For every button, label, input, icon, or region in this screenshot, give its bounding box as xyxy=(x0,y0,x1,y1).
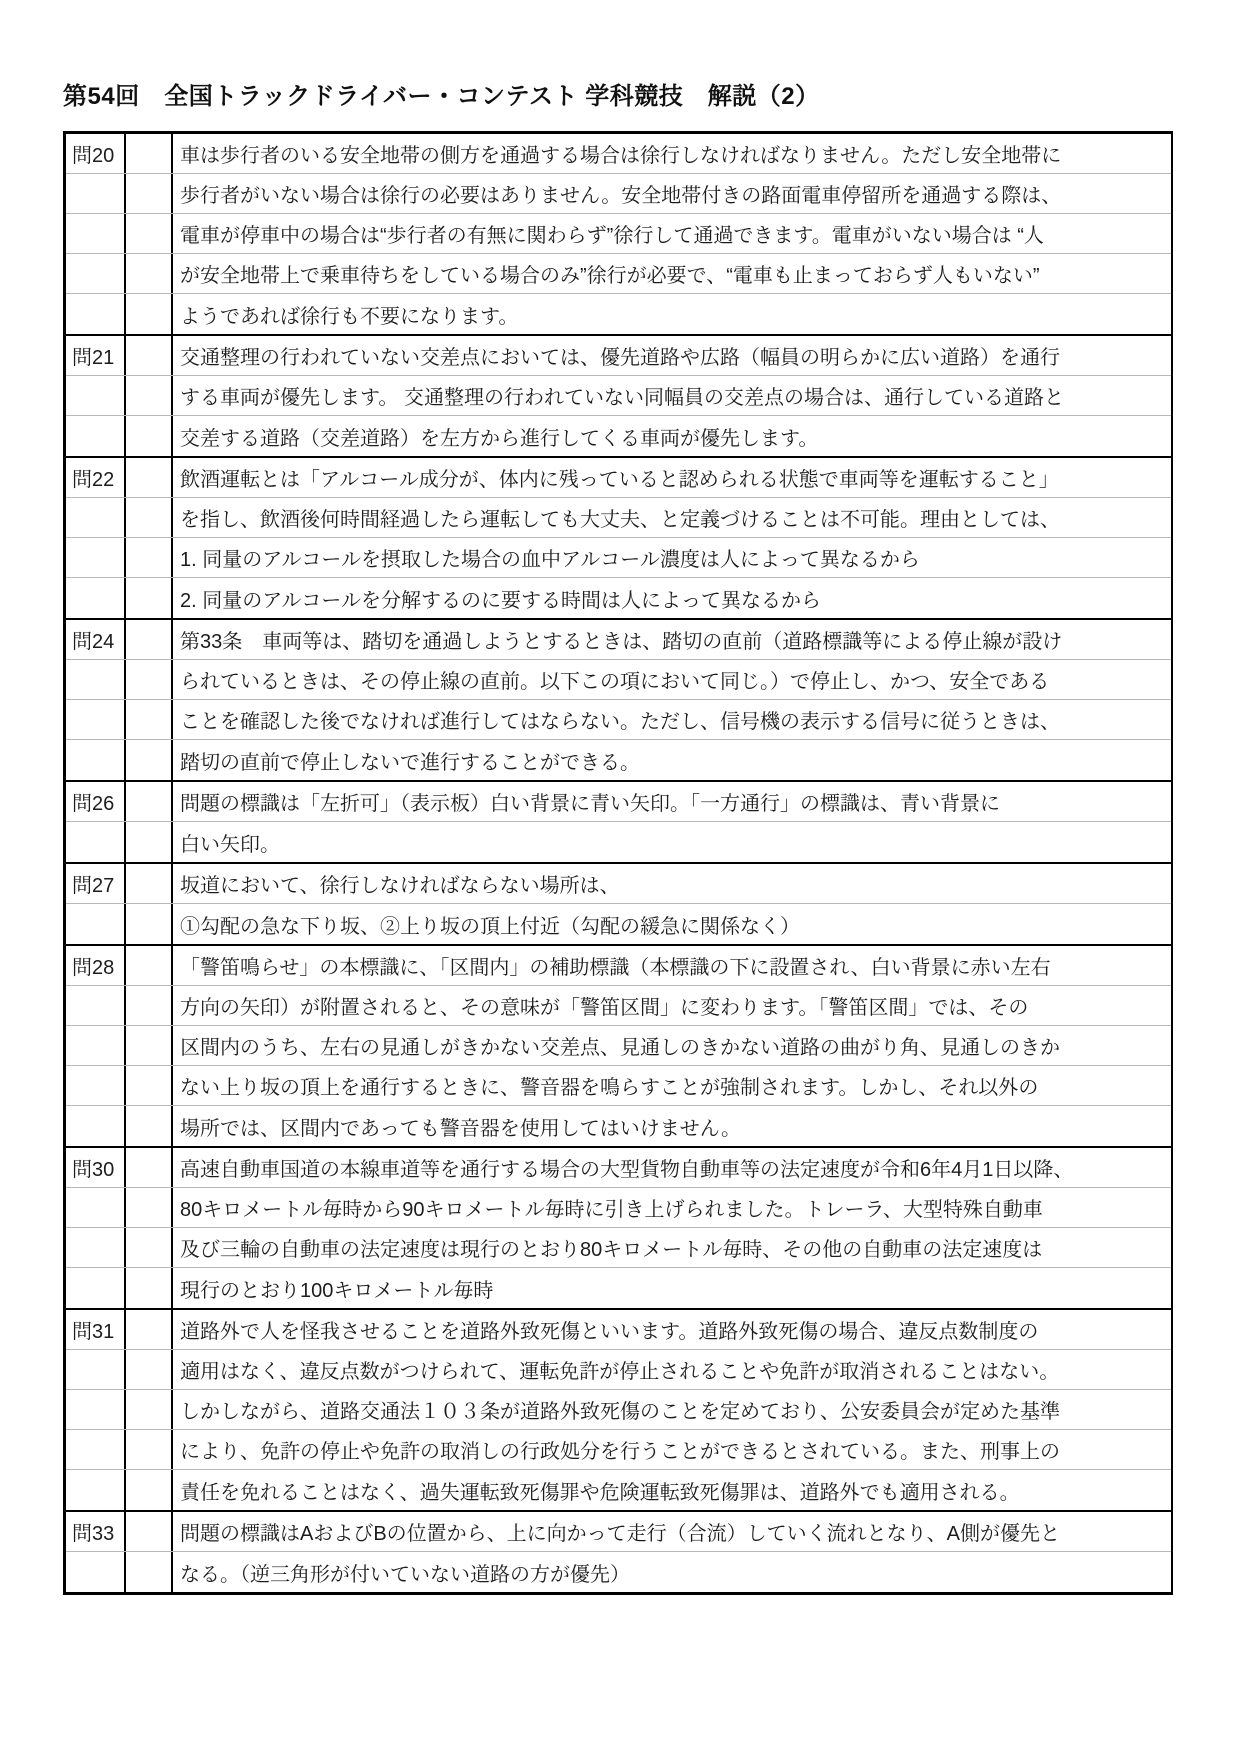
answer-cell xyxy=(126,620,173,659)
answer-cell xyxy=(126,1228,173,1267)
question-cell xyxy=(66,538,126,577)
question-cell xyxy=(66,1066,126,1105)
answer-cell xyxy=(126,458,173,497)
question-cell: 問27 xyxy=(66,864,126,903)
table-row: 1. 同量のアルコールを摂取した場合の血中アルコール濃度は人によって異なるから xyxy=(66,538,1171,578)
explanation-line: ①勾配の急な下り坂、②上り坂の頂上付近（勾配の緩急に関係なく） xyxy=(173,904,1171,944)
table-row: 問21 交通整理の行われていない交差点においては、優先道路や広路（幅員の明らかに… xyxy=(66,336,1171,376)
answer-cell xyxy=(126,822,173,862)
table-row: ない上り坂の頂上を通行するときに、警音器を鳴らすことが強制されます。しかし、それ… xyxy=(66,1066,1171,1106)
question-cell: 問24 xyxy=(66,620,126,659)
explanation-line: 坂道において、徐行しなければならない場所は、 xyxy=(173,864,1171,903)
table-row: ことを確認した後でなければ進行してはならない。ただし、信号機の表示する信号に従う… xyxy=(66,700,1171,740)
question-cell xyxy=(66,1350,126,1389)
question-cell xyxy=(66,1552,126,1592)
table-row: 問28 「警笛鳴らせ」の本標識に、「区間内」の補助標識（本標識の下に設置され、白… xyxy=(66,946,1171,986)
question-cell: 問22 xyxy=(66,458,126,497)
question-label: 問22 xyxy=(72,463,114,492)
answer-cell xyxy=(126,498,173,537)
question-cell xyxy=(66,498,126,537)
document-page: 第54回 全国トラックドライバー・コンテスト 学科競技 解説（2） 問20 車は… xyxy=(0,0,1241,1755)
explanation-line: する車両が優先します。 交通整理の行われていない同幅員の交差点の場合は、通行して… xyxy=(173,376,1171,415)
answer-cell xyxy=(126,864,173,903)
question-cell: 問31 xyxy=(66,1310,126,1349)
explanation-line: 80キロメートル毎時から90キロメートル毎時に引き上げられました。トレーラ、大型… xyxy=(173,1188,1171,1227)
answer-cell xyxy=(126,986,173,1025)
question-cell xyxy=(66,1188,126,1227)
question-label: 問30 xyxy=(72,1153,114,1182)
question-block-24: 問24 第33条 車両等は、踏切を通過しようとするときは、踏切の直前（道路標識等… xyxy=(66,620,1171,782)
explanation-line: 責任を免れることはなく、過失運転致死傷罪や危険運転致死傷罪は、道路外でも適用され… xyxy=(173,1470,1171,1510)
question-cell xyxy=(66,986,126,1025)
explanation-line: 場所では、区間内であっても警音器を使用してはいけません。 xyxy=(173,1106,1171,1146)
answer-cell xyxy=(126,336,173,375)
question-block-28: 問28 「警笛鳴らせ」の本標識に、「区間内」の補助標識（本標識の下に設置され、白… xyxy=(66,946,1171,1148)
explanation-line: 交通整理の行われていない交差点においては、優先道路や広路（幅員の明らかに広い道路… xyxy=(173,336,1171,375)
table-row: 2. 同量のアルコールを分解するのに要する時間は人によって異なるから xyxy=(66,578,1171,618)
table-row: 場所では、区間内であっても警音器を使用してはいけません。 xyxy=(66,1106,1171,1146)
question-label: 問31 xyxy=(72,1315,114,1344)
table-row: 問26 問題の標識は「左折可」（表示板）白い背景に青い矢印。「一方通行」の標識は… xyxy=(66,782,1171,822)
question-cell xyxy=(66,1470,126,1510)
question-cell xyxy=(66,904,126,944)
answer-cell xyxy=(126,214,173,253)
answer-cell xyxy=(126,1512,173,1551)
table-row: 問27 坂道において、徐行しなければならない場所は、 xyxy=(66,864,1171,904)
answer-cell xyxy=(126,700,173,739)
table-row: 歩行者がいない場合は徐行の必要はありません。安全地帯付きの路面電車停留所を通過す… xyxy=(66,174,1171,214)
question-label: 問20 xyxy=(72,139,114,168)
explanation-line: 高速自動車国道の本線車道等を通行する場合の大型貨物自動車等の法定速度が令和6年4… xyxy=(173,1148,1171,1187)
answer-cell xyxy=(126,1552,173,1592)
table-row: する車両が優先します。 交通整理の行われていない同幅員の交差点の場合は、通行して… xyxy=(66,376,1171,416)
question-block-33: 問33 問題の標識はAおよびBの位置から、上に向かって走行（合流）していく流れと… xyxy=(66,1512,1171,1592)
question-label: 問27 xyxy=(72,869,114,898)
explanation-line: が安全地帯上で乗車待ちをしている場合のみ”徐行が必要で、“電車も止まっておらず人… xyxy=(173,254,1171,293)
question-cell xyxy=(66,1106,126,1146)
explanation-line: ようであれば徐行も不要になります。 xyxy=(173,294,1171,334)
answer-cell xyxy=(126,782,173,821)
answer-cell xyxy=(126,1106,173,1146)
table-row: 問22 飲酒運転とは「アルコール成分が、体内に残っていると認められる状態で車両等… xyxy=(66,458,1171,498)
explanation-line: 道路外で人を怪我させることを道路外致死傷といいます。道路外致死傷の場合、違反点数… xyxy=(173,1310,1171,1349)
answer-cell xyxy=(126,1310,173,1349)
explanation-table: 問20 車は歩行者のいる安全地帯の側方を通過する場合は徐行しなければなりません。… xyxy=(63,131,1173,1595)
table-row: 適用はなく、違反点数がつけられて、運転免許が停止されることや免許が取消されること… xyxy=(66,1350,1171,1390)
answer-cell xyxy=(126,1066,173,1105)
table-row: ようであれば徐行も不要になります。 xyxy=(66,294,1171,334)
answer-cell xyxy=(126,376,173,415)
question-cell: 問33 xyxy=(66,1512,126,1551)
explanation-line: 踏切の直前で停止しないで進行することができる。 xyxy=(173,740,1171,780)
table-row: 問24 第33条 車両等は、踏切を通過しようとするときは、踏切の直前（道路標識等… xyxy=(66,620,1171,660)
answer-cell xyxy=(126,946,173,985)
question-cell xyxy=(66,254,126,293)
question-block-27: 問27 坂道において、徐行しなければならない場所は、 ①勾配の急な下り坂、②上り… xyxy=(66,864,1171,946)
question-cell xyxy=(66,376,126,415)
table-row: により、免許の停止や免許の取消しの行政処分を行うことができるとされている。また、… xyxy=(66,1430,1171,1470)
question-label: 問33 xyxy=(72,1517,114,1546)
question-cell xyxy=(66,740,126,780)
explanation-line: により、免許の停止や免許の取消しの行政処分を行うことができるとされている。また、… xyxy=(173,1430,1171,1469)
question-label: 問21 xyxy=(72,341,114,370)
question-cell: 問26 xyxy=(66,782,126,821)
table-row: 80キロメートル毎時から90キロメートル毎時に引き上げられました。トレーラ、大型… xyxy=(66,1188,1171,1228)
answer-cell xyxy=(126,134,173,173)
question-cell xyxy=(66,1268,126,1308)
table-row: 電車が停車中の場合は“歩行者の有無に関わらず”徐行して通過できます。電車がいない… xyxy=(66,214,1171,254)
explanation-line: 「警笛鳴らせ」の本標識に、「区間内」の補助標識（本標識の下に設置され、白い背景に… xyxy=(173,946,1171,985)
explanation-line: 現行のとおり100キロメートル毎時 xyxy=(173,1268,1171,1308)
explanation-line: 1. 同量のアルコールを摂取した場合の血中アルコール濃度は人によって異なるから xyxy=(173,538,1171,577)
question-cell xyxy=(66,578,126,618)
question-cell xyxy=(66,174,126,213)
table-row: ①勾配の急な下り坂、②上り坂の頂上付近（勾配の緩急に関係なく） xyxy=(66,904,1171,944)
question-cell xyxy=(66,1026,126,1065)
explanation-line: 適用はなく、違反点数がつけられて、運転免許が停止されることや免許が取消されること… xyxy=(173,1350,1171,1389)
explanation-line: 白い矢印。 xyxy=(173,822,1171,862)
table-row: 区間内のうち、左右の見通しがきかない交差点、見通しのきかない道路の曲がり角、見通… xyxy=(66,1026,1171,1066)
explanation-line: 飲酒運転とは「アルコール成分が、体内に残っていると認められる状態で車両等を運転す… xyxy=(173,458,1171,497)
answer-cell xyxy=(126,1350,173,1389)
explanation-line: なる。（逆三角形が付いていない道路の方が優先） xyxy=(173,1552,1171,1592)
question-block-21: 問21 交通整理の行われていない交差点においては、優先道路や広路（幅員の明らかに… xyxy=(66,336,1171,458)
question-cell: 問21 xyxy=(66,336,126,375)
question-cell xyxy=(66,1390,126,1429)
answer-cell xyxy=(126,904,173,944)
question-cell xyxy=(66,1228,126,1267)
table-row: 責任を免れることはなく、過失運転致死傷罪や危険運転致死傷罪は、道路外でも適用され… xyxy=(66,1470,1171,1510)
answer-cell xyxy=(126,1268,173,1308)
explanation-line: を指し、飲酒後何時間経過したら運転しても大丈夫、と定義づけることは不可能。理由と… xyxy=(173,498,1171,537)
question-cell xyxy=(66,416,126,456)
table-row: られているときは、その停止線の直前。以下この項において同じ。）で停止し、かつ、安… xyxy=(66,660,1171,700)
question-block-31: 問31 道路外で人を怪我させることを道路外致死傷といいます。道路外致死傷の場合、… xyxy=(66,1310,1171,1512)
answer-cell xyxy=(126,1470,173,1510)
explanation-line: 問題の標識は「左折可」（表示板）白い背景に青い矢印。「一方通行」の標識は、青い背… xyxy=(173,782,1171,821)
page-title: 第54回 全国トラックドライバー・コンテスト 学科競技 解説（2） xyxy=(63,76,820,111)
table-row: 白い矢印。 xyxy=(66,822,1171,862)
question-label: 問26 xyxy=(72,787,114,816)
explanation-line: 区間内のうち、左右の見通しがきかない交差点、見通しのきかない道路の曲がり角、見通… xyxy=(173,1026,1171,1065)
table-row: なる。（逆三角形が付いていない道路の方が優先） xyxy=(66,1552,1171,1592)
table-row: 踏切の直前で停止しないで進行することができる。 xyxy=(66,740,1171,780)
question-block-22: 問22 飲酒運転とは「アルコール成分が、体内に残っていると認められる状態で車両等… xyxy=(66,458,1171,620)
table-row: 交差する道路（交差道路）を左方から進行してくる車両が優先します。 xyxy=(66,416,1171,456)
explanation-line: 第33条 車両等は、踏切を通過しようとするときは、踏切の直前（道路標識等による停… xyxy=(173,620,1171,659)
table-row: 方向の矢印）が附置されると、その意味が「警笛区間」に変わります。「警笛区間」では… xyxy=(66,986,1171,1026)
answer-cell xyxy=(126,538,173,577)
question-block-30: 問30 高速自動車国道の本線車道等を通行する場合の大型貨物自動車等の法定速度が令… xyxy=(66,1148,1171,1310)
table-row: を指し、飲酒後何時間経過したら運転しても大丈夫、と定義づけることは不可能。理由と… xyxy=(66,498,1171,538)
question-cell: 問20 xyxy=(66,134,126,173)
table-row: 問30 高速自動車国道の本線車道等を通行する場合の大型貨物自動車等の法定速度が令… xyxy=(66,1148,1171,1188)
answer-cell xyxy=(126,174,173,213)
table-row: 問20 車は歩行者のいる安全地帯の側方を通過する場合は徐行しなければなりません。… xyxy=(66,134,1171,174)
question-cell xyxy=(66,294,126,334)
question-block-26: 問26 問題の標識は「左折可」（表示板）白い背景に青い矢印。「一方通行」の標識は… xyxy=(66,782,1171,864)
table-row: 問31 道路外で人を怪我させることを道路外致死傷といいます。道路外致死傷の場合、… xyxy=(66,1310,1171,1350)
table-row: 問33 問題の標識はAおよびBの位置から、上に向かって走行（合流）していく流れと… xyxy=(66,1512,1171,1552)
explanation-line: しかしながら、道路交通法１０３条が道路外致死傷のことを定めており、公安委員会が定… xyxy=(173,1390,1171,1429)
explanation-line: ない上り坂の頂上を通行するときに、警音器を鳴らすことが強制されます。しかし、それ… xyxy=(173,1066,1171,1105)
answer-cell xyxy=(126,660,173,699)
explanation-line: 及び三輪の自動車の法定速度は現行のとおり80キロメートル毎時、その他の自動車の法… xyxy=(173,1228,1171,1267)
table-row: 現行のとおり100キロメートル毎時 xyxy=(66,1268,1171,1308)
table-row: 及び三輪の自動車の法定速度は現行のとおり80キロメートル毎時、その他の自動車の法… xyxy=(66,1228,1171,1268)
explanation-line: 車は歩行者のいる安全地帯の側方を通過する場合は徐行しなければなりません。ただし安… xyxy=(173,134,1171,173)
answer-cell xyxy=(126,254,173,293)
question-label: 問28 xyxy=(72,951,114,980)
question-label: 問24 xyxy=(72,625,114,654)
answer-cell xyxy=(126,416,173,456)
explanation-line: 問題の標識はAおよびBの位置から、上に向かって走行（合流）していく流れとなり、A… xyxy=(173,1512,1171,1551)
question-cell xyxy=(66,214,126,253)
answer-cell xyxy=(126,1390,173,1429)
explanation-line: 方向の矢印）が附置されると、その意味が「警笛区間」に変わります。「警笛区間」では… xyxy=(173,986,1171,1025)
answer-cell xyxy=(126,740,173,780)
question-cell xyxy=(66,660,126,699)
explanation-line: られているときは、その停止線の直前。以下この項において同じ。）で停止し、かつ、安… xyxy=(173,660,1171,699)
explanation-line: ことを確認した後でなければ進行してはならない。ただし、信号機の表示する信号に従う… xyxy=(173,700,1171,739)
answer-cell xyxy=(126,294,173,334)
explanation-line: 2. 同量のアルコールを分解するのに要する時間は人によって異なるから xyxy=(173,578,1171,618)
question-cell xyxy=(66,1430,126,1469)
answer-cell xyxy=(126,1148,173,1187)
explanation-line: 交差する道路（交差道路）を左方から進行してくる車両が優先します。 xyxy=(173,416,1171,456)
answer-cell xyxy=(126,1188,173,1227)
question-block-20: 問20 車は歩行者のいる安全地帯の側方を通過する場合は徐行しなければなりません。… xyxy=(66,134,1171,336)
question-cell: 問30 xyxy=(66,1148,126,1187)
question-cell xyxy=(66,700,126,739)
answer-cell xyxy=(126,1430,173,1469)
table-row: が安全地帯上で乗車待ちをしている場合のみ”徐行が必要で、“電車も止まっておらず人… xyxy=(66,254,1171,294)
question-cell xyxy=(66,822,126,862)
explanation-line: 歩行者がいない場合は徐行の必要はありません。安全地帯付きの路面電車停留所を通過す… xyxy=(173,174,1171,213)
explanation-line: 電車が停車中の場合は“歩行者の有無に関わらず”徐行して通過できます。電車がいない… xyxy=(173,214,1171,253)
question-cell: 問28 xyxy=(66,946,126,985)
table-row: しかしながら、道路交通法１０３条が道路外致死傷のことを定めており、公安委員会が定… xyxy=(66,1390,1171,1430)
answer-cell xyxy=(126,1026,173,1065)
answer-cell xyxy=(126,578,173,618)
